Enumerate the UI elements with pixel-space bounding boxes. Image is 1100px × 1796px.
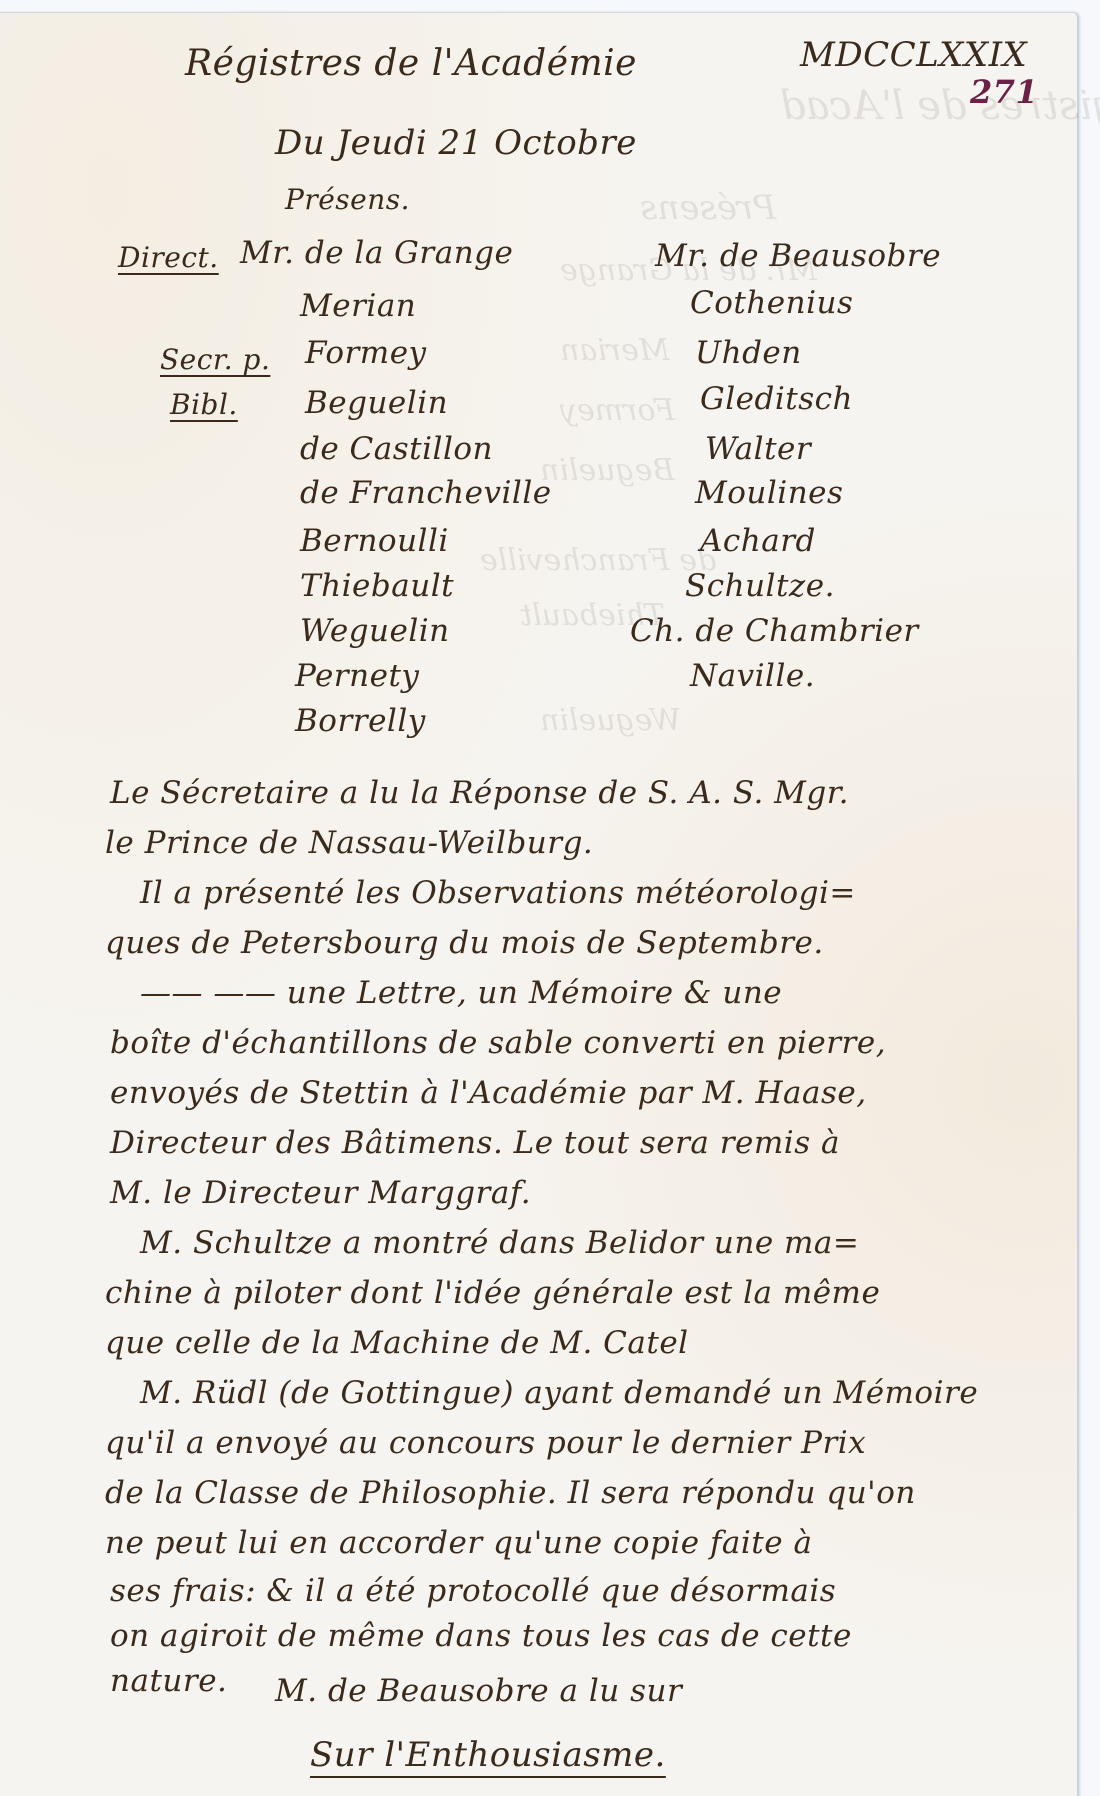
year-roman: MDCCLXXIX bbox=[800, 35, 1027, 75]
show-through-text: Présens bbox=[640, 188, 776, 228]
minutes-line: M. le Directeur Marggraf. bbox=[110, 1175, 531, 1211]
attendee-name: Walter bbox=[705, 431, 811, 467]
minutes-line: envoyés de Stettin à l'Académie par M. H… bbox=[110, 1075, 867, 1111]
attendee-name: Cothenius bbox=[690, 285, 853, 321]
show-through-text: Formey bbox=[560, 393, 675, 428]
attendee-name: Beguelin bbox=[305, 385, 448, 421]
attendee-name: Pernety bbox=[295, 658, 419, 694]
attendee-name: Borrelly bbox=[295, 703, 426, 739]
attendee-name: Achard bbox=[700, 523, 816, 559]
minutes-line: ques de Petersbourg du mois de Septembre… bbox=[105, 925, 824, 961]
minutes-line: Directeur des Bâtimens. Le tout sera rem… bbox=[110, 1125, 840, 1161]
minutes-line: de la Classe de Philosophie. Il sera rép… bbox=[105, 1475, 916, 1511]
attendee-name: Schultze. bbox=[685, 568, 835, 604]
attendee-name: Merian bbox=[300, 288, 416, 324]
minutes-line: —— —— une Lettre, un Mémoire & une bbox=[140, 975, 782, 1011]
role-secretary: Secr. p. bbox=[160, 343, 270, 376]
manuscript-page: Régistres de l'Acad Présens Mr. de la Gr… bbox=[0, 12, 1079, 1796]
minutes-line: qu'il a envoyé au concours pour le derni… bbox=[105, 1425, 866, 1461]
minutes-line: que celle de la Machine de M. Catel bbox=[105, 1325, 689, 1361]
present-label: Présens. bbox=[285, 183, 410, 216]
meeting-date: Du Jeudi 21 Octobre bbox=[275, 123, 637, 163]
minutes-line: le Prince de Nassau-Weilburg. bbox=[105, 825, 593, 861]
attendee-name: Weguelin bbox=[300, 613, 450, 649]
minutes-line: on agiroit de même dans tous les cas de … bbox=[110, 1618, 852, 1654]
minutes-line: ses frais: & il a été protocollé que dés… bbox=[110, 1573, 836, 1609]
attendee-name: Bernoulli bbox=[300, 523, 449, 559]
show-through-text: Weguelin bbox=[540, 703, 681, 738]
attendee-name: Naville. bbox=[690, 658, 815, 694]
show-through-text: Beguelin bbox=[540, 453, 675, 488]
minutes-line: Le Sécretaire a lu la Réponse de S. A. S… bbox=[110, 775, 849, 811]
attendee-name: Mr. de la Grange bbox=[240, 235, 513, 271]
minutes-line: M. Schultze a montré dans Belidor une ma… bbox=[140, 1225, 859, 1261]
folio-number: 271 bbox=[970, 73, 1038, 111]
minutes-line: M. Rüdl (de Gottingue) ayant demandé un … bbox=[140, 1375, 978, 1411]
attendee-name: Uhden bbox=[695, 335, 802, 371]
attendee-name: Formey bbox=[305, 335, 427, 371]
role-librarian: Bibl. bbox=[170, 388, 238, 421]
attendee-name: Thiebault bbox=[300, 568, 454, 604]
attendee-name: Mr. de Beausobre bbox=[655, 238, 941, 274]
show-through-text: Régistres de l'Acad bbox=[780, 83, 1100, 129]
role-director: Direct. bbox=[118, 241, 219, 274]
attendee-name: Moulines bbox=[695, 475, 843, 511]
register-title: Régistres de l'Académie bbox=[185, 43, 637, 84]
lecture-title: Sur l'Enthousiasme. bbox=[310, 1735, 666, 1775]
attendee-name: de Francheville bbox=[300, 475, 552, 511]
minutes-line: boîte d'échantillons de sable converti e… bbox=[110, 1025, 886, 1061]
attendee-name: Gleditsch bbox=[700, 381, 853, 417]
attendee-name: Ch. de Chambrier bbox=[630, 613, 919, 649]
minutes-line: M. de Beausobre a lu sur bbox=[275, 1673, 682, 1709]
show-through-text: Merian bbox=[560, 333, 670, 368]
minutes-line: chine à piloter dont l'idée générale est… bbox=[105, 1275, 880, 1311]
minutes-line: nature. bbox=[110, 1663, 227, 1699]
minutes-line: ne peut lui en accorder qu'une copie fai… bbox=[105, 1525, 812, 1561]
show-through-text: de Francheville bbox=[480, 543, 716, 578]
attendee-name: de Castillon bbox=[300, 431, 493, 467]
minutes-line: Il a présenté les Observations météorolo… bbox=[140, 875, 856, 911]
